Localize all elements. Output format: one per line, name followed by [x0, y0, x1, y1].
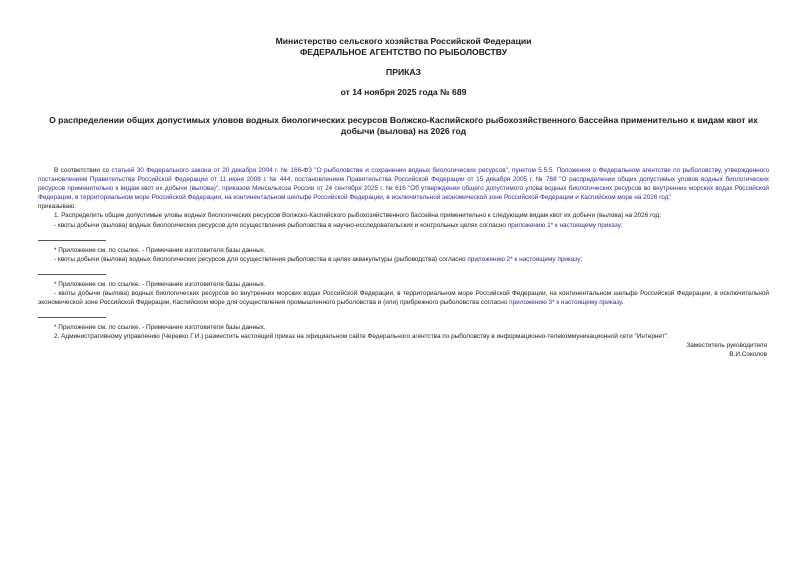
- preamble-intro: В соответствии со: [54, 167, 112, 174]
- quota-3: - квоты добычи (вылова) водных биологиче…: [38, 289, 769, 307]
- footnote-2: * Приложение см. по ссылке. - Примечание…: [38, 280, 769, 289]
- quota-2-end: ;: [580, 256, 582, 263]
- ministry-name: Министерство сельского хозяйства Российс…: [38, 36, 769, 47]
- quota-1: - квоты добычи (вылова) водных биологиче…: [38, 221, 769, 230]
- signature-position: Заместитель руководителя: [38, 341, 769, 350]
- appendix-3-link[interactable]: приложению 3* к настоящему приказу: [509, 299, 622, 306]
- footnote-3: * Приложение см. по ссылке. - Примечание…: [38, 323, 769, 332]
- footnote-1: * Приложение см. по ссылке. - Примечание…: [38, 246, 769, 255]
- signature-name: В.И.Соколов: [38, 350, 769, 359]
- document-date-number: от 14 ноября 2025 года № 689: [38, 87, 769, 98]
- footnote-divider: [38, 240, 106, 241]
- appendix-1-link[interactable]: приложению 1* к настоящему приказу: [508, 222, 621, 229]
- agency-name: ФЕДЕРАЛЬНОЕ АГЕНТСТВО ПО РЫБОЛОВСТВУ: [38, 47, 769, 58]
- preamble-paragraph: В соответствии со статьей 30 Федеральног…: [38, 166, 769, 202]
- quota-3-end: .: [622, 299, 624, 306]
- spacer: [38, 230, 769, 237]
- footnote-divider: [38, 274, 106, 275]
- quota-2: - квоты добычи (вылова) водных биологиче…: [38, 255, 769, 264]
- quota-2-text: - квоты добычи (вылова) водных биологиче…: [54, 256, 467, 263]
- quota-3-text: - квоты добычи (вылова) водных биологиче…: [38, 290, 769, 306]
- order-word: приказываю:: [38, 202, 769, 211]
- legal-basis-link[interactable]: статьей 30 Федерального закона от 20 дек…: [38, 167, 769, 201]
- document-body: В соответствии со статьей 30 Федеральног…: [38, 166, 769, 360]
- item-2: 2. Административному управлению (Черевко…: [38, 332, 769, 341]
- spacer: [38, 307, 769, 314]
- quota-1-text: - квоты добычи (вылова) водных биологиче…: [54, 222, 508, 229]
- footnote-divider: [38, 317, 106, 318]
- quota-1-end: ;: [621, 222, 623, 229]
- item-1: 1. Распределить общие допустимые уловы в…: [38, 211, 769, 220]
- appendix-2-link[interactable]: приложению 2* к настоящему приказу: [467, 256, 580, 263]
- document-title: О распределении общих допустимых уловов …: [38, 115, 769, 137]
- spacer: [38, 264, 769, 271]
- document-type: ПРИКАЗ: [38, 67, 769, 78]
